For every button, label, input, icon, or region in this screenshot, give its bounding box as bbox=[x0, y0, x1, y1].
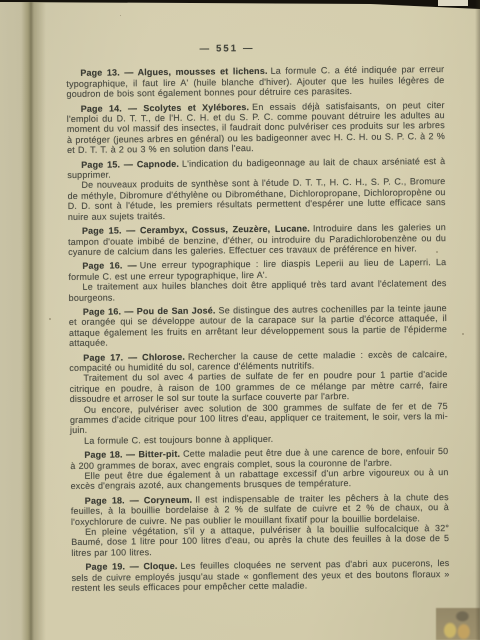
errata-paragraph: Elle peut être due également à un rabatt… bbox=[70, 467, 448, 492]
errata-paragraph: Le traitement aux huiles blanches doit ê… bbox=[68, 278, 446, 303]
errata-entry: Page 16. — Pou de San José.Se distingue … bbox=[69, 303, 447, 349]
errata-paragraph: De nouveaux produits de synthèse sont à … bbox=[67, 177, 445, 223]
errata-entry: Page 14. — Scolytes et Xylébores.En essa… bbox=[67, 100, 446, 156]
entry-heading: Page 17. — Chlorose. bbox=[83, 351, 185, 362]
paper-speck bbox=[462, 333, 464, 335]
errata-paragraph: Ou encore, pulvériser avec solution de 3… bbox=[70, 401, 448, 436]
errata-paragraph: En pleine végétation, s'il y a attaque, … bbox=[71, 523, 449, 558]
entry-text: Elle peut être due également à un rabatt… bbox=[71, 467, 449, 491]
fruit-photo-thumbnail bbox=[436, 608, 480, 640]
scanned-page: — 551 — Page 13. — Algues, mousses et li… bbox=[0, 0, 480, 640]
entry-text: La formule C. est toujours bonne à appli… bbox=[84, 434, 273, 446]
entry-text: De nouveaux produits de synthèse sont à … bbox=[68, 177, 446, 222]
photo-right-edge-shadow bbox=[475, 0, 480, 640]
paper-speck bbox=[436, 251, 438, 253]
scanned-book-photo: — 551 — Page 13. — Algues, mousses et li… bbox=[0, 0, 480, 640]
entry-heading: Page 19. — Cloque. bbox=[85, 561, 177, 572]
entry-heading: Page 15. — Capnode. bbox=[81, 158, 179, 169]
entry-heading: Page 18. — Coryneum. bbox=[85, 495, 193, 506]
page-number: — 551 — bbox=[38, 42, 416, 56]
errata-entry: Page 19. — Cloque.Les feuilles cloquées … bbox=[71, 558, 449, 593]
entry-heading: Page 16. — bbox=[82, 261, 137, 272]
binding-gutter-fold bbox=[0, 0, 46, 640]
paper-speck bbox=[300, 92, 301, 93]
errata-paragraph: Traitement du sol avec 4 parties de sulf… bbox=[69, 369, 447, 404]
paper-speck bbox=[120, 15, 121, 16]
underlying-page-sliver bbox=[438, 0, 468, 6]
paper-speck bbox=[49, 318, 51, 320]
errata-entry: Page 15. — Cerambyx, Cossus, Zeuzère, Lu… bbox=[68, 222, 446, 257]
errata-entry: Page 13. — Algues, mousses et lichens.La… bbox=[66, 64, 444, 99]
entry-text: Le traitement aux huiles blanches doit ê… bbox=[69, 278, 447, 302]
entry-heading: Page 18. — Bitter-pit. bbox=[84, 449, 180, 460]
entry-text: Ou encore, pulvériser avec solution de 3… bbox=[70, 401, 448, 436]
entry-text: En pleine végétation, s'il y a attaque, … bbox=[71, 523, 449, 558]
errata-entry: Page 18. — Coryneum.Il est indispensable… bbox=[71, 492, 449, 527]
entry-text: Traitement du sol avec 4 parties de sulf… bbox=[70, 369, 448, 404]
page-text-block: — 551 — Page 13. — Algues, mousses et li… bbox=[66, 42, 450, 593]
